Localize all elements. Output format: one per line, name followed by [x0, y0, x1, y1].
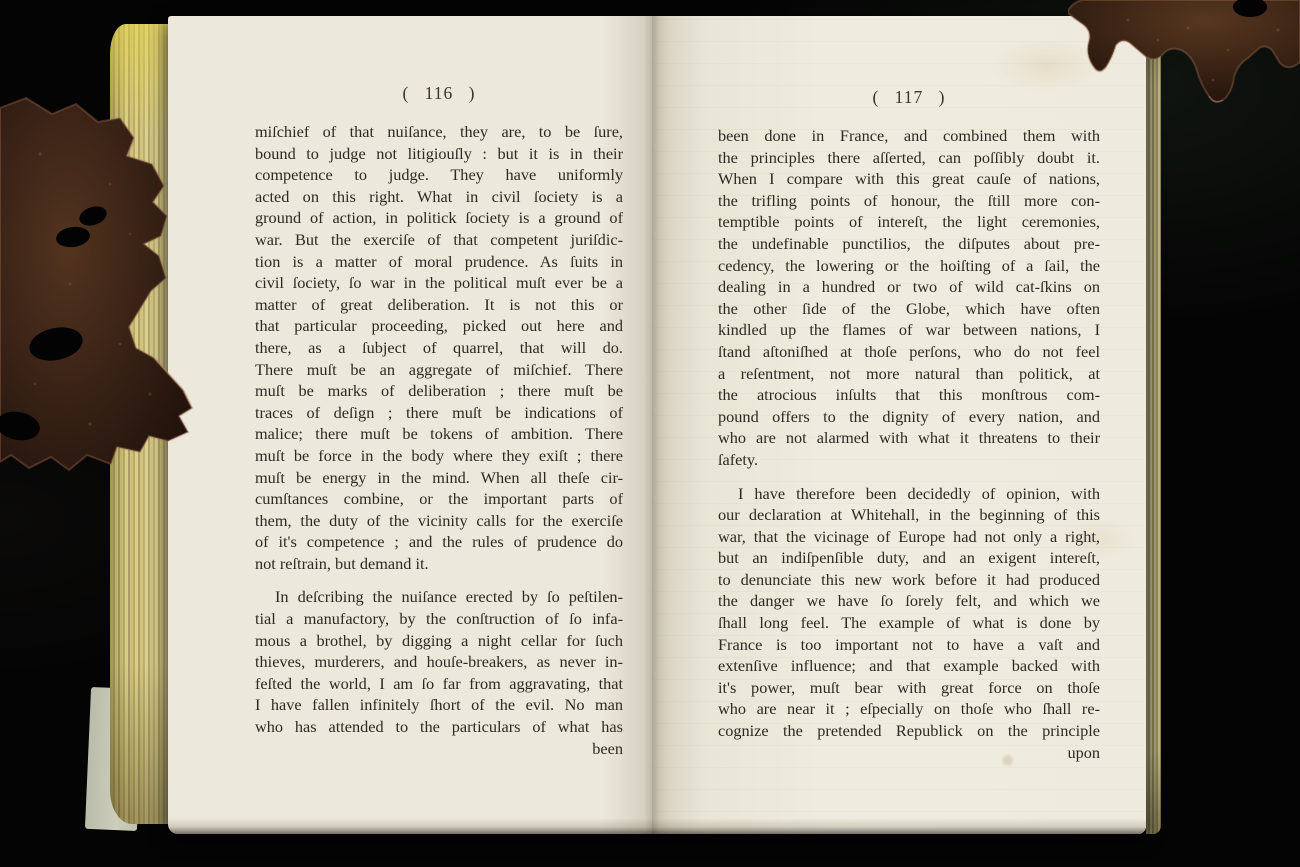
text-line: a reſentment, not more natural than poli…	[718, 363, 1100, 385]
text-line: ſtand aſtoniſhed at thoſe perſons, who d…	[718, 341, 1100, 363]
text-line: the undefinable punctilios, the diſputes…	[718, 233, 1100, 255]
text-line: not reſtrain, but demand it.	[255, 553, 623, 575]
text-line: pound offers to the dignity of every nat…	[718, 406, 1100, 428]
text-line: There muſt be an aggregate of miſchief. …	[255, 359, 623, 381]
text-line: the trifling points of honour, the ſtill…	[718, 190, 1100, 212]
text-line: our declaration at Whitehall, in the beg…	[718, 504, 1100, 526]
catchword: been	[255, 738, 623, 760]
text-line: there, as a ſubject of quarrel, that wil…	[255, 337, 623, 359]
text-line: the atrocious inſults that this monſtrou…	[718, 384, 1100, 406]
text-line: extenſive influence; and that example ba…	[718, 655, 1100, 677]
photo-background: ( 116 ) miſchief of that nuiſance, they …	[0, 0, 1300, 867]
text-line: dealing in a hundred or two of wild cat-…	[718, 276, 1100, 298]
text-line: muſt be force in the body where they exi…	[255, 445, 623, 467]
text-line: When I compare with this great cauſe of …	[718, 168, 1100, 190]
page-number-header: ( 116 )	[255, 83, 623, 104]
text-line: France is too important not to have a va…	[718, 634, 1100, 656]
text-line: bound to judge not litigiouſly : but it …	[255, 143, 623, 165]
text-line: malice; there muſt be tokens of ambition…	[255, 423, 623, 445]
text-line: I have therefore been decidedly of opini…	[718, 483, 1100, 505]
page-text: miſchief of that nuiſance, they are, to …	[255, 121, 623, 759]
bronze-clasp-left-ornament	[0, 94, 200, 476]
text-line: thieves, murderers, and houſe-breakers, …	[255, 651, 623, 673]
text-line: mous a brothel, by digging a night cella…	[255, 630, 623, 652]
text-line: temptible points of intereſt, the light …	[718, 211, 1100, 233]
text-line: cognize the pretended Republick on the p…	[718, 720, 1100, 742]
text-line: them, the duty of the vicinity calls for…	[255, 510, 623, 532]
text-line: I have fallen infinitely ſhort of the ev…	[255, 694, 623, 716]
open-book: ( 116 ) miſchief of that nuiſance, they …	[168, 16, 1146, 834]
text-line: to denunciate this new work before it ha…	[718, 569, 1100, 591]
text-line: the principles there aſſerted, can poſſi…	[718, 147, 1100, 169]
text-line: that particular proceeding, picked out h…	[255, 315, 623, 337]
text-line: muſt be energy in the mind. When all the…	[255, 467, 623, 489]
text-line: been done in France, and combined them w…	[718, 125, 1100, 147]
text-line: ſhall long feel. The example of what is …	[718, 612, 1100, 634]
catchword: upon	[718, 742, 1100, 764]
text-line: miſchief of that nuiſance, they are, to …	[255, 121, 623, 143]
text-line: matter of great deliberation. It is not …	[255, 294, 623, 316]
text-line: acted on this right. What in civil ſocie…	[255, 186, 623, 208]
text-line: the danger we have ſo ſorely felt, and w…	[718, 590, 1100, 612]
text-line: competence to judge. They have uniformly	[255, 164, 623, 186]
text-line: cumſtances combine, or the important par…	[255, 488, 623, 510]
text-line: traces of deſign ; there muſt be indicat…	[255, 402, 623, 424]
text-line: tial a manufactory, by the conſtruction …	[255, 608, 623, 630]
text-line: of it's competence ; and the rules of pr…	[255, 531, 623, 553]
text-line: the other ſide of the Globe, which have …	[718, 298, 1100, 320]
text-line: muſt be marks of deliberation ; there mu…	[255, 380, 623, 402]
text-line: In deſcribing the nuiſance erected by ſo…	[255, 586, 623, 608]
page-text: been done in France, and combined them w…	[718, 125, 1100, 763]
text-line: war. But the exerciſe of that competent …	[255, 229, 623, 251]
page-number-header: ( 117 )	[718, 87, 1100, 108]
text-line: ground of action, in politick ſociety is…	[255, 207, 623, 229]
text-line: civil ſociety, ſo war in the political m…	[255, 272, 623, 294]
page-116: ( 116 ) miſchief of that nuiſance, they …	[168, 16, 652, 834]
text-line: who has attended to the particulars of w…	[255, 716, 623, 738]
text-line: it's power, muſt bear with great force o…	[718, 677, 1100, 699]
text-line: who are not alarmed with what it threate…	[718, 427, 1100, 449]
text-line: cedency, the lowering or the hoiſting of…	[718, 255, 1100, 277]
text-line: who are near it ; eſpecially on thoſe wh…	[718, 698, 1100, 720]
text-line: but an indiſpenſible duty, and an exigen…	[718, 547, 1100, 569]
text-line: kindled up the flames of war between nat…	[718, 319, 1100, 341]
text-line: feſted the world, I am ſo far from aggra…	[255, 673, 623, 695]
bronze-corner-ornament	[1068, 0, 1300, 150]
text-line: war, that the vicinage of Europe had not…	[718, 526, 1100, 548]
text-line: tion is a matter of moral prudence. As ſ…	[255, 251, 623, 273]
text-line: ſafety.	[718, 449, 1100, 471]
